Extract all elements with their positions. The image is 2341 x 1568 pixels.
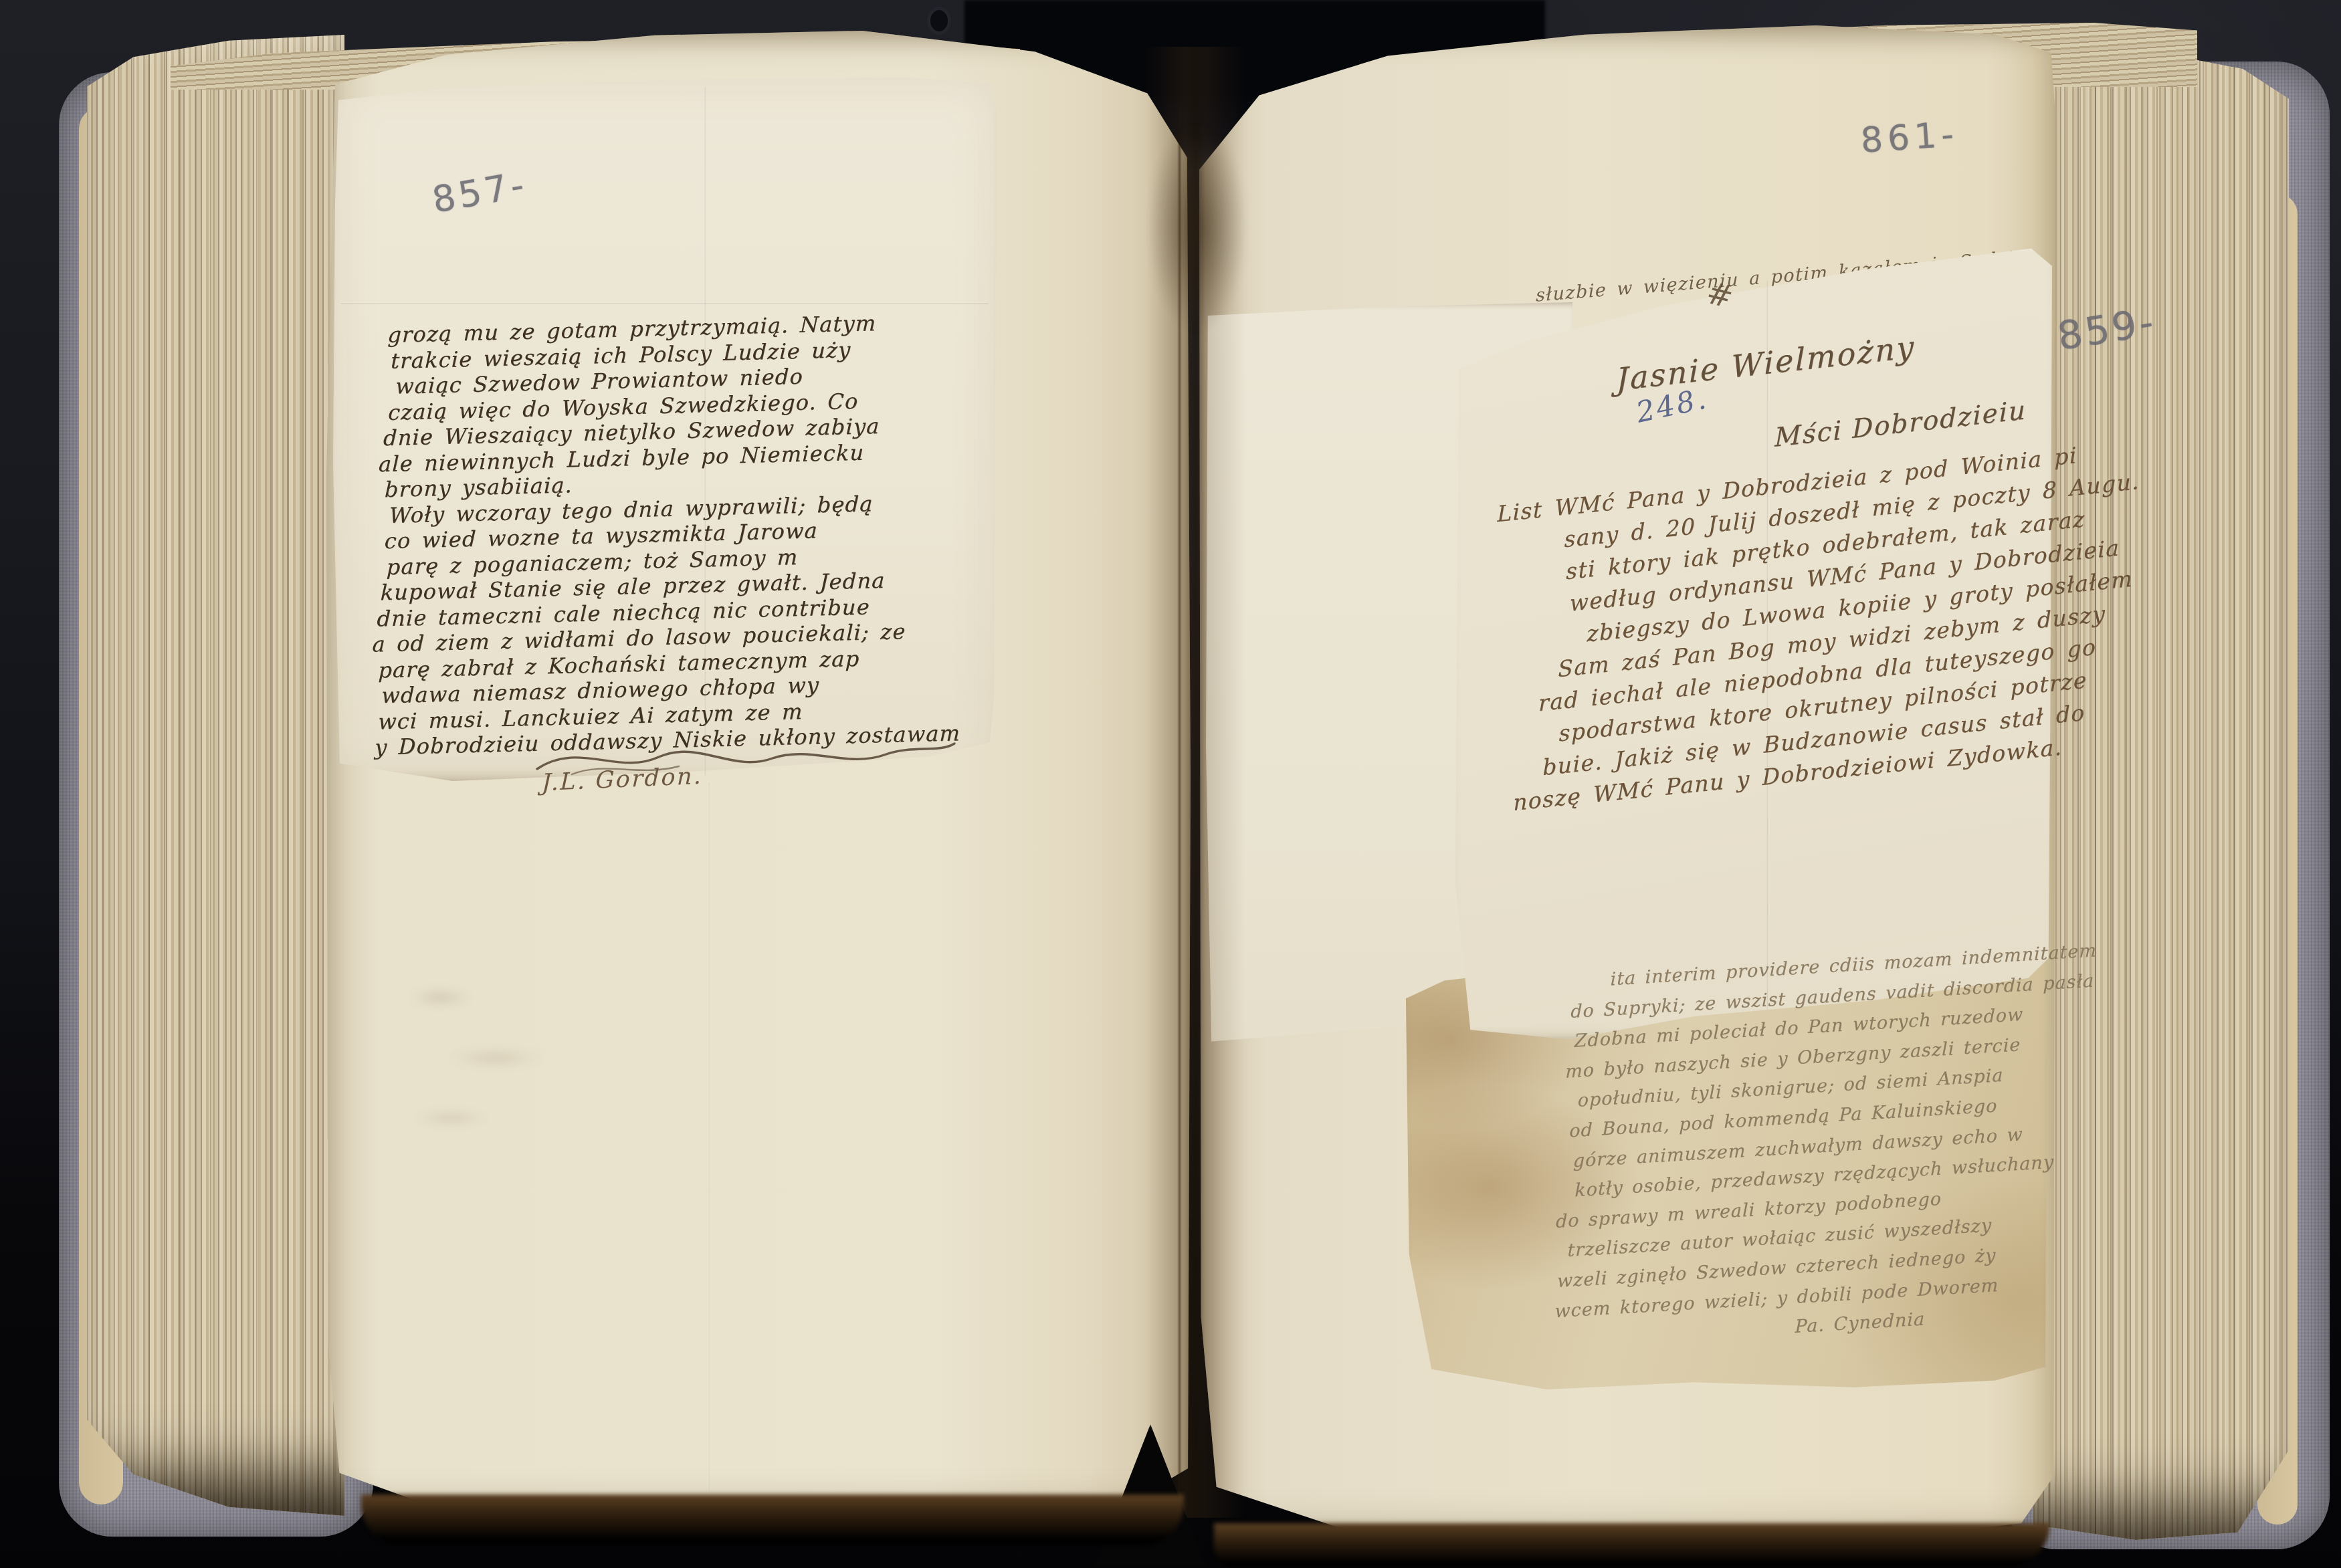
left-page-crease-vertical xyxy=(708,782,710,1491)
under-edge-right xyxy=(1214,1523,2050,1567)
right-letter-text: List WMć Pana y Dobrodzieia z pod Woinia… xyxy=(1497,444,2034,820)
manuscript-photo: słuzbie w więzieniu a potim kazałem ia S… xyxy=(0,0,2341,1568)
left-letter-text: grozą mu ze gotam przytrzymaią. Natym tr… xyxy=(375,308,995,760)
old-note-text: ita interim providere cdiis mozam indemn… xyxy=(1554,940,2026,1357)
page-stack-right xyxy=(2033,39,2289,1540)
page-stack-left xyxy=(87,35,344,1516)
cradle-hole xyxy=(927,7,951,35)
folio-number-861: 861- xyxy=(1859,114,1960,161)
show-through-smudge xyxy=(375,949,595,1190)
gutter-top-shadow xyxy=(1130,87,1264,368)
left-sheet-crease-horizontal xyxy=(341,302,989,304)
under-edge-left xyxy=(361,1494,1184,1545)
